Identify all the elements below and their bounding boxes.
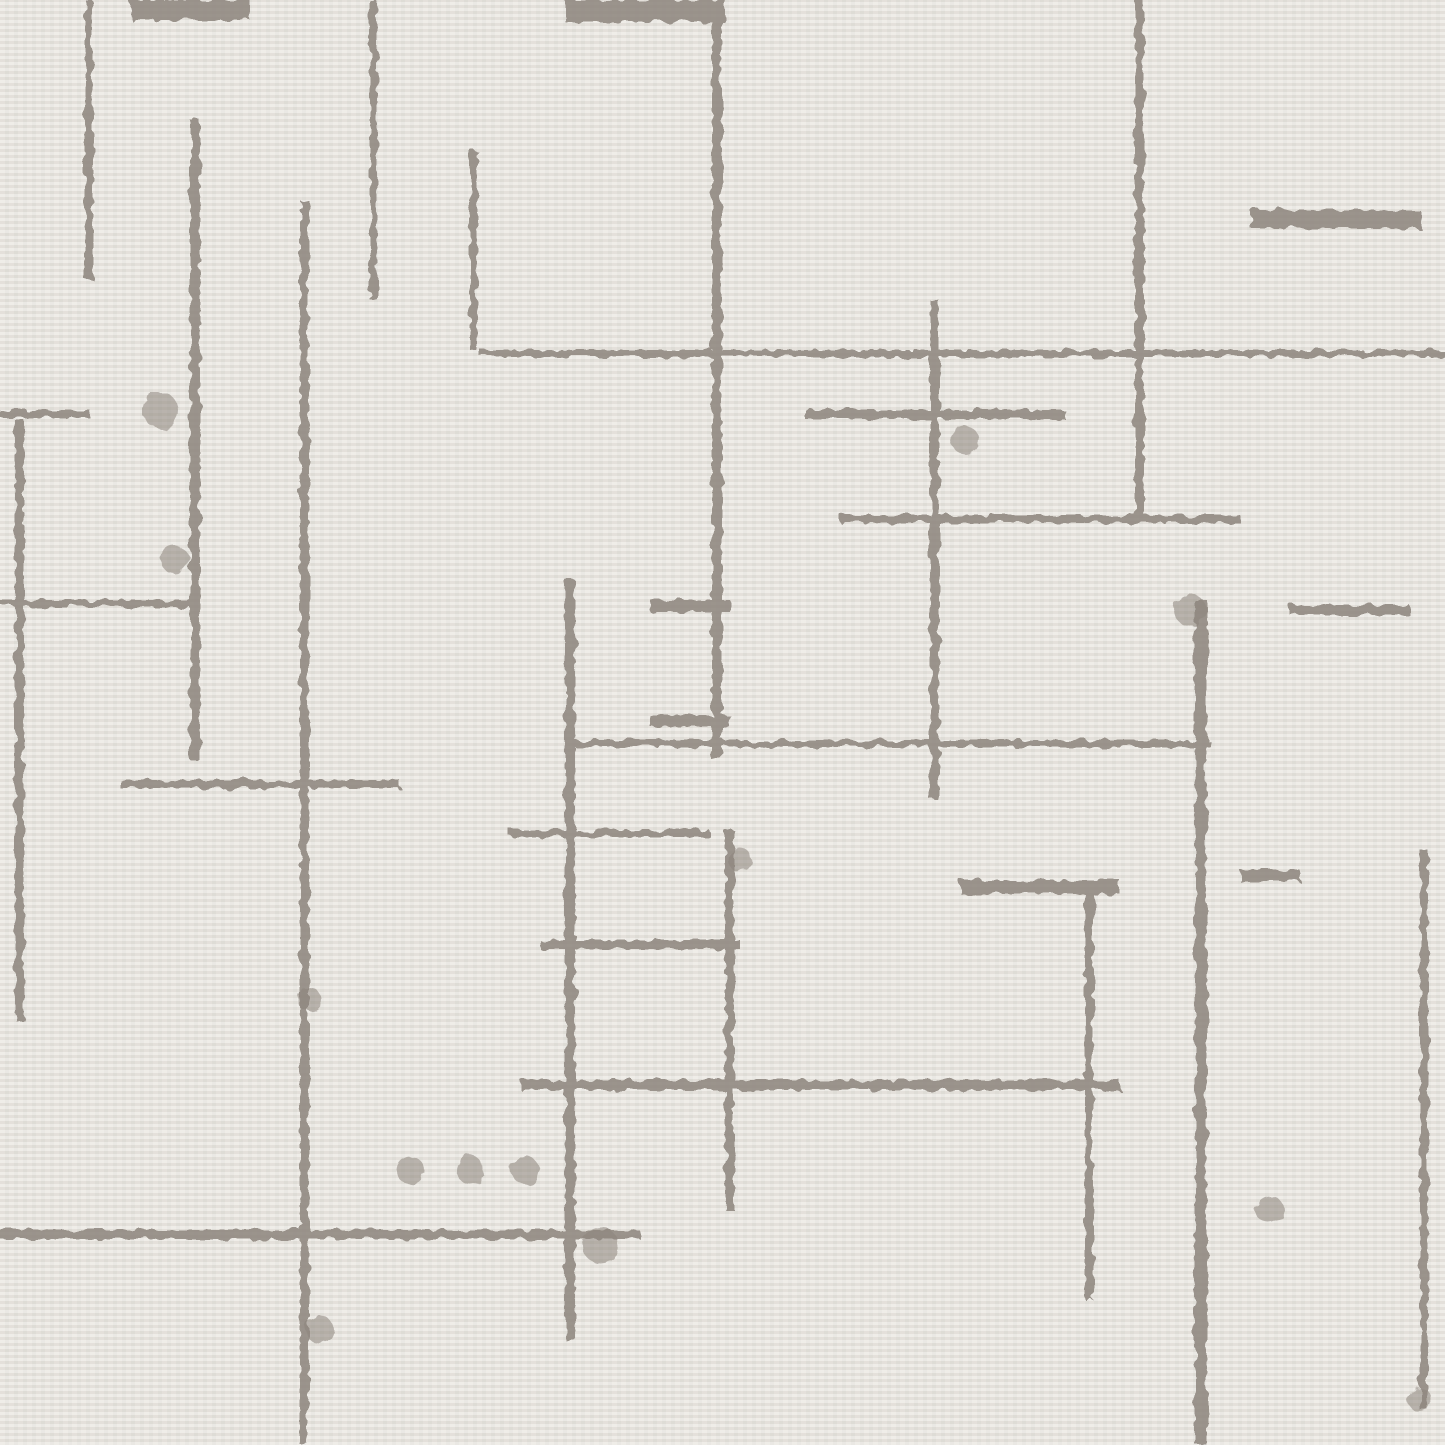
fabric-texture [0, 0, 1445, 1445]
crosshatch-pattern [0, 0, 1445, 1445]
